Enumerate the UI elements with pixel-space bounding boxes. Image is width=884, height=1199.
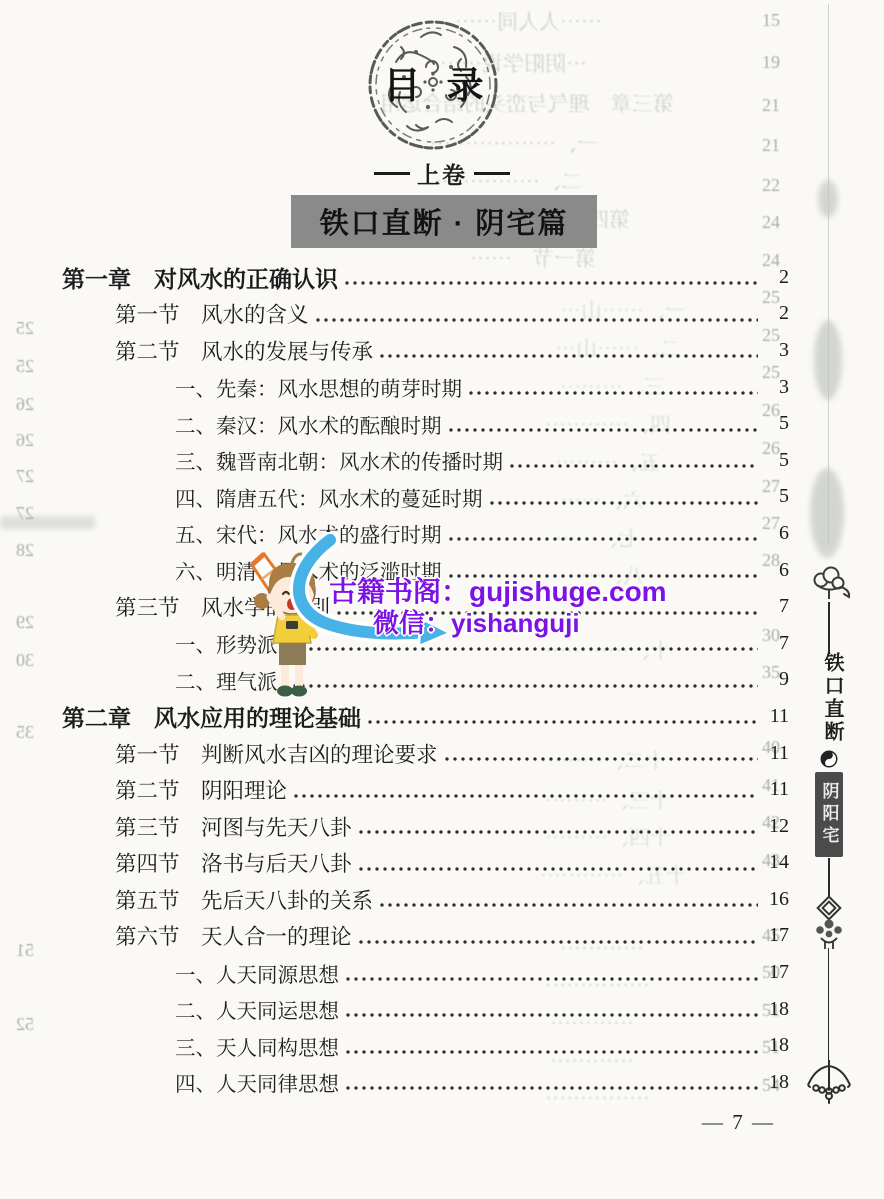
toc-entry-label: 二、秦汉：风水术的酝酿时期 <box>175 409 442 439</box>
toc-entry-page: 5 <box>763 412 789 435</box>
toc-entry: 一、人天同源思想17 <box>62 954 789 991</box>
bleedthrough-page-number: 29 <box>16 612 34 633</box>
toc-entry-label: 一、人天同源思想 <box>175 958 339 988</box>
section-banner: 铁口直断 · 阴宅篇 <box>291 195 597 248</box>
dot-leader <box>344 1085 758 1091</box>
chinese-knot-ornament-icon <box>809 894 849 952</box>
dot-leader <box>283 683 759 689</box>
toc-entry-label: 第一节 风水的含义 <box>115 298 309 329</box>
toc-entry-label: 第六节 天人合一的理论 <box>115 920 352 951</box>
dot-leader <box>443 756 758 762</box>
table-of-contents-seal: 目 录 <box>365 16 501 154</box>
dot-leader <box>467 390 758 396</box>
toc-list: 第一章 对风水的正确认识2第一节 风水的含义2第二节 风水的发展与传承3一、先秦… <box>62 259 789 1101</box>
dot-leader <box>447 536 759 542</box>
toc-entry-page: 6 <box>763 522 789 545</box>
dot-leader <box>357 829 758 835</box>
dot-leader <box>357 939 758 945</box>
bleedthrough-page-number: 51 <box>16 940 34 961</box>
volume-label: 上卷 <box>417 157 467 190</box>
toc-entry-label: 第二节 阴阳理论 <box>115 774 287 805</box>
toc-entry-page: 9 <box>763 668 789 691</box>
series-title-vertical: 铁口直断 <box>818 652 847 752</box>
bleedthrough-page-number: 28 <box>16 540 34 561</box>
toc-entry: 第三节 河图与先天八卦12 <box>62 808 789 845</box>
category-badge: 阴阳宅 <box>815 772 843 857</box>
category-badge-label: 阴阳宅 <box>817 782 842 848</box>
bleedthrough-page-number: 35 <box>16 722 34 743</box>
toc-entry-page: 16 <box>763 888 789 911</box>
toc-entry-label: 第五节 先后天八卦的关系 <box>115 884 373 915</box>
toc-entry-label: 第二章 风水应用的理论基础 <box>62 700 361 733</box>
dot-leader <box>508 463 758 469</box>
toc-entry: 第二章 风水应用的理论基础11 <box>62 698 789 735</box>
dot-leader <box>344 1012 758 1018</box>
toc-entry: 第六节 天人合一的理论17 <box>62 918 789 955</box>
dot-leader <box>344 1049 758 1055</box>
volume-dash-left <box>374 172 410 175</box>
pagoda-lantern-ornament-icon <box>805 1060 853 1104</box>
dot-leader <box>292 793 758 799</box>
toc-entry: 第二节 风水的发展与传承3 <box>62 332 789 369</box>
toc-entry: 二、秦汉：风水术的酝酿时期5 <box>62 405 789 442</box>
emblem-char-left: 目 <box>384 66 421 107</box>
decorative-sidebar: 铁口直断 阴阳宅 <box>796 0 868 1199</box>
toc-entry-page: 11 <box>763 705 789 728</box>
dot-leader <box>344 976 758 982</box>
toc-entry: 第四节 洛书与后天八卦14 <box>62 845 789 882</box>
bleedthrough-page-number: 21 <box>762 95 780 116</box>
toc-entry: 二、理气派9 <box>62 662 789 699</box>
toc-entry-label: 三、魏晋南北朝：风水术的传播时期 <box>175 445 503 475</box>
dot-leader <box>366 719 758 725</box>
toc-entry: 四、人天同律思想18 <box>62 1064 789 1101</box>
toc-entry: 一、先秦：风水思想的萌芽时期3 <box>62 369 789 406</box>
toc-entry: 四、隋唐五代：风水术的蔓延时期5 <box>62 479 789 516</box>
toc-entry-label: 二、人天同运思想 <box>175 994 339 1024</box>
toc-entry-page: 2 <box>763 266 789 289</box>
toc-entry-label: 第一节 判断风水吉凶的理论要求 <box>115 738 438 769</box>
bleedthrough-page-number: 27 <box>16 503 34 524</box>
emblem-char-right: 录 <box>447 65 484 107</box>
toc-entry-page: 7 <box>763 595 789 618</box>
toc-entry-page: 6 <box>763 559 789 582</box>
toc-entry-label: 第一章 对风水的正确认识 <box>62 261 338 294</box>
toc-entry-page: 12 <box>763 815 789 838</box>
toc-entry-page: 2 <box>763 302 789 325</box>
ruyi-cloud-ornament-icon <box>807 561 851 605</box>
dot-leader <box>447 427 759 433</box>
volume-heading: 上卷 <box>0 157 884 190</box>
toc-entry-page: 18 <box>763 1071 789 1094</box>
bleedthrough-page-number: 19 <box>762 52 780 73</box>
bleedthrough-page-number: 21 <box>762 135 780 156</box>
toc-entry-label: 一、先秦：风水思想的萌芽时期 <box>175 372 462 402</box>
toc-entry-page: 7 <box>763 632 789 655</box>
toc-entry: 第二节 阴阳理论11 <box>62 771 789 808</box>
page-number: — 7 — <box>702 1110 775 1135</box>
watermark-wechat-text: 微信：yishanguji <box>373 603 580 640</box>
dot-leader <box>378 353 758 359</box>
sidebar-rule <box>828 858 830 896</box>
bleedthrough-page-number: 27 <box>16 466 34 487</box>
toc-entry-page: 17 <box>763 961 789 984</box>
dot-leader <box>343 280 758 286</box>
toc-entry-page: 18 <box>763 1034 789 1057</box>
toc-entry-page: 5 <box>763 485 789 508</box>
toc-entry-label: 四、隋唐五代：风水术的蔓延时期 <box>175 482 483 512</box>
toc-entry-page: 3 <box>763 339 789 362</box>
dot-leader <box>357 866 758 872</box>
dot-leader <box>488 500 759 506</box>
sidebar-rule <box>828 948 829 1062</box>
toc-entry-page: 17 <box>763 924 789 947</box>
bleedthrough-page-number: 15 <box>762 10 780 31</box>
toc-entry-page: 11 <box>763 742 789 765</box>
toc-entry-label: 第二节 风水的发展与传承 <box>115 335 373 366</box>
toc-entry: 三、魏晋南北朝：风水术的传播时期5 <box>62 442 789 479</box>
toc-entry-label: 第三节 河图与先天八卦 <box>115 811 352 842</box>
bleedthrough-page-number: 25 <box>16 356 34 377</box>
toc-entry: 第一节 风水的含义2 <box>62 296 789 333</box>
dot-leader <box>378 902 758 908</box>
toc-entry-label: 四、人天同律思想 <box>175 1067 339 1097</box>
scanned-book-toc-page: ⋯⋯人人同⋯⋯⋯阴阳学说⋯⋯第三章 理气与峦头的结合运用一、⋯⋯⋯⋯⋯⋯二、⋯⋯… <box>0 0 884 1199</box>
toc-entry: 第一节 判断风水吉凶的理论要求11 <box>62 735 789 772</box>
toc-entry-label: 第四节 洛书与后天八卦 <box>115 847 352 878</box>
toc-entry-page: 5 <box>763 449 789 472</box>
bleedthrough-page-number: 24 <box>762 212 780 233</box>
toc-entry-page: 11 <box>763 778 789 801</box>
bleedthrough-page-number: 26 <box>16 394 34 415</box>
toc-entry: 第一章 对风水的正确认识2 <box>62 259 789 296</box>
bleedthrough-page-number: 30 <box>16 650 34 671</box>
toc-entry: 二、人天同运思想18 <box>62 991 789 1028</box>
bleedthrough-page-number: 25 <box>16 318 34 339</box>
bleedthrough-page-number: 52 <box>16 1014 34 1035</box>
toc-entry: 三、天人同构思想18 <box>62 1027 789 1064</box>
sidebar-rule <box>828 602 830 654</box>
toc-entry-page: 14 <box>763 851 789 874</box>
volume-dash-right <box>474 172 510 175</box>
toc-entry-label: 三、天人同构思想 <box>175 1031 339 1061</box>
toc-entry: 第五节 先后天八卦的关系16 <box>62 881 789 918</box>
toc-entry-page: 3 <box>763 376 789 399</box>
dot-leader <box>314 317 758 323</box>
yin-yang-icon <box>820 750 838 768</box>
toc-entry-page: 18 <box>763 998 789 1021</box>
bleedthrough-page-number: 26 <box>16 430 34 451</box>
